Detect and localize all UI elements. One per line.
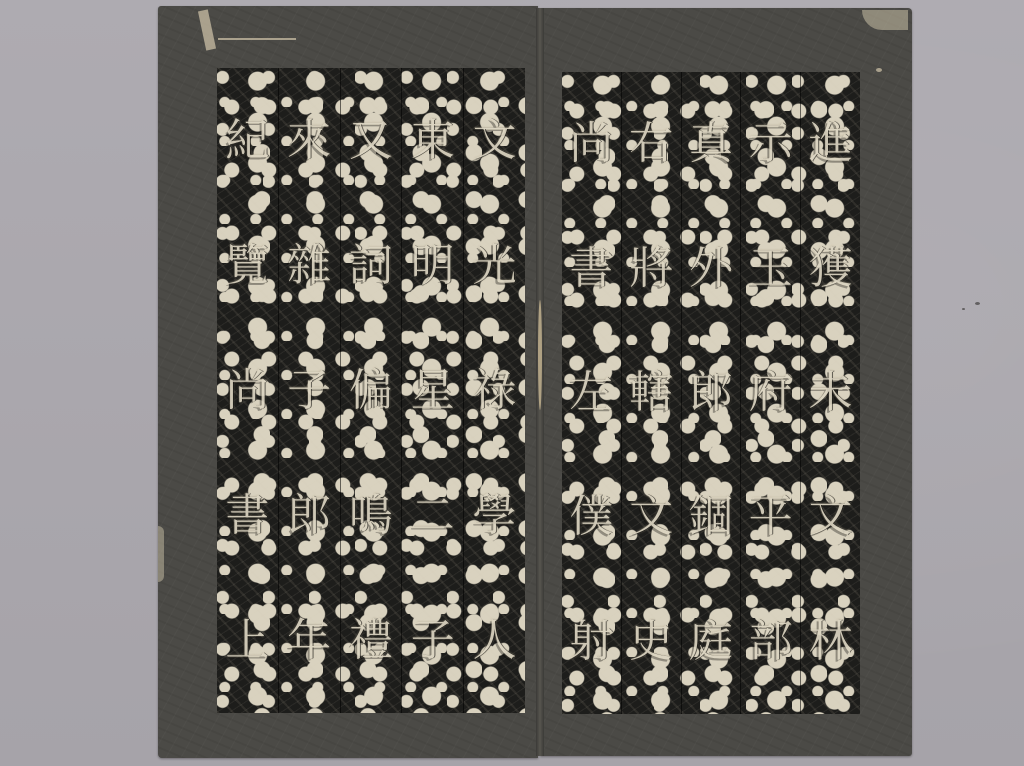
character: 郎 xyxy=(287,494,331,538)
character: 雜 xyxy=(287,244,331,288)
character: 偏 xyxy=(349,369,393,413)
text-columns: 文 光 祿 學 人 東 明 星 二 子 又 詞 偏 鳴 禮 來 雜 子 郎 年 xyxy=(217,68,525,713)
edge-chip xyxy=(158,526,164,582)
character: 祿 xyxy=(473,369,517,413)
text-column: 紀 覽 尚 書 上 xyxy=(217,68,278,713)
character: 玉 xyxy=(749,247,793,291)
worn-corner xyxy=(862,10,908,30)
character: 右 xyxy=(629,122,673,166)
background-speck xyxy=(962,308,965,310)
character: 明 xyxy=(411,244,455,288)
text-column: 真 外 郎 錮 庭 xyxy=(681,72,741,714)
text-column: 進 獲 未 文 林 xyxy=(800,72,860,714)
character: 林 xyxy=(809,620,853,664)
background-speck xyxy=(975,302,980,305)
spine-tear xyxy=(538,300,542,410)
torn-crease xyxy=(218,38,296,40)
character: 外 xyxy=(689,247,733,291)
character: 文 xyxy=(809,495,853,539)
rubbing-panel-left: 文 光 祿 學 人 東 明 星 二 子 又 詞 偏 鳴 禮 來 雜 子 郎 年 xyxy=(217,68,525,713)
text-column: 右 將 轄 文 史 xyxy=(621,72,681,714)
character: 又 xyxy=(349,119,393,163)
character: 文 xyxy=(473,119,517,163)
text-columns: 進 獲 未 文 林 示 玉 府 平 部 真 外 郎 錮 庭 右 將 轄 文 史 xyxy=(562,72,860,714)
character: 將 xyxy=(629,247,673,291)
character: 文 xyxy=(629,495,673,539)
character: 上 xyxy=(225,619,269,663)
character: 禮 xyxy=(349,619,393,663)
character: 轄 xyxy=(629,371,673,415)
rubbing-panel-right: 進 獲 未 文 林 示 玉 府 平 部 真 外 郎 錮 庭 右 將 轄 文 史 xyxy=(562,72,860,714)
character: 書 xyxy=(225,494,269,538)
character: 左 xyxy=(569,371,613,415)
text-column: 東 明 星 二 子 xyxy=(401,68,463,713)
character: 進 xyxy=(809,122,853,166)
character: 示 xyxy=(749,122,793,166)
edge-chip xyxy=(876,68,882,72)
text-column: 尚 書 左 僕 射 xyxy=(562,72,621,714)
text-column: 示 玉 府 平 部 xyxy=(740,72,800,714)
character: 錮 xyxy=(689,495,733,539)
character: 紀 xyxy=(225,119,269,163)
text-column: 文 光 祿 學 人 xyxy=(463,68,525,713)
character: 光 xyxy=(473,244,517,288)
text-column: 來 雜 子 郎 年 xyxy=(278,68,340,713)
character: 書 xyxy=(569,247,613,291)
character: 未 xyxy=(809,371,853,415)
character: 人 xyxy=(473,619,517,663)
character: 二 xyxy=(411,494,455,538)
character: 覽 xyxy=(225,244,269,288)
character: 子 xyxy=(287,369,331,413)
text-column: 又 詞 偏 鳴 禮 xyxy=(340,68,402,713)
character: 來 xyxy=(287,119,331,163)
character: 部 xyxy=(749,620,793,664)
character: 東 xyxy=(411,119,455,163)
character: 鳴 xyxy=(349,494,393,538)
character: 星 xyxy=(411,369,455,413)
character: 獲 xyxy=(809,247,853,291)
character: 尚 xyxy=(225,369,269,413)
character: 平 xyxy=(749,495,793,539)
character: 詞 xyxy=(349,244,393,288)
character: 尚 xyxy=(569,122,613,166)
character: 府 xyxy=(749,371,793,415)
character: 僕 xyxy=(569,495,613,539)
character: 學 xyxy=(473,494,517,538)
character: 子 xyxy=(411,619,455,663)
character: 真 xyxy=(689,122,733,166)
character: 年 xyxy=(287,619,331,663)
character: 史 xyxy=(629,620,673,664)
torn-corner xyxy=(198,9,216,50)
character: 郎 xyxy=(689,371,733,415)
character: 射 xyxy=(569,620,613,664)
character: 庭 xyxy=(689,620,733,664)
